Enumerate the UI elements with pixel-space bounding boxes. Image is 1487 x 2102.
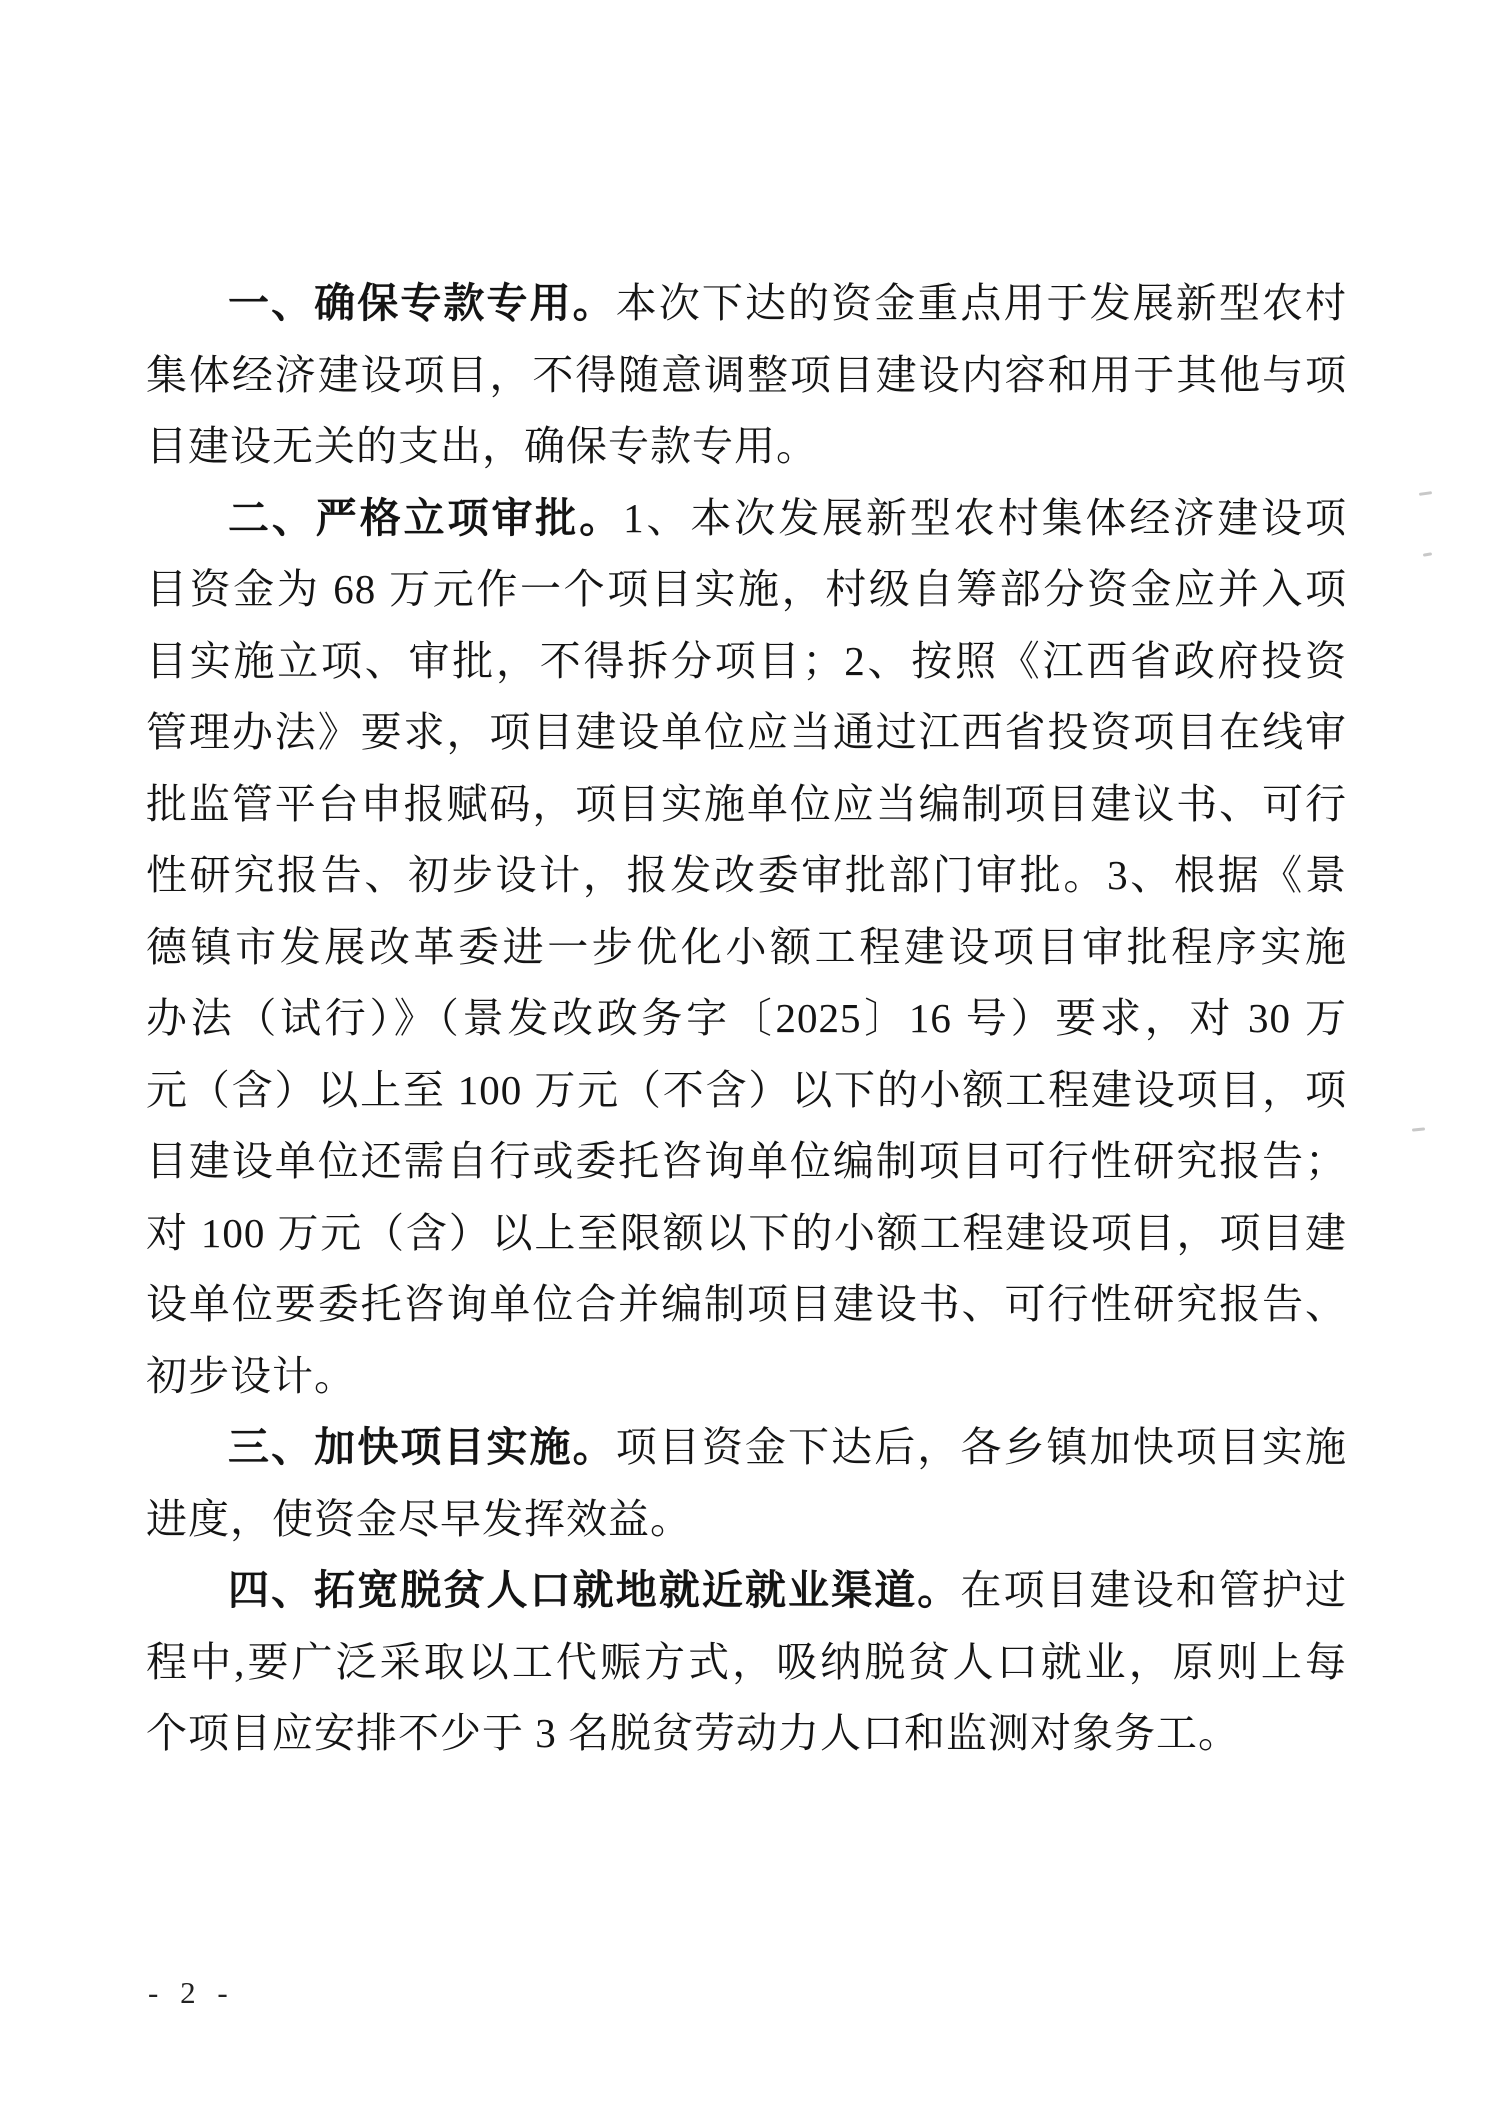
text-line: 管理办法》要求，项目建设单位应当通过江西省投资项目在线审 — [146, 697, 1347, 769]
text-run: 目建设单位还需自行或委托咨询单位编制项目可行性研究报告； — [146, 1138, 1347, 1184]
text-line: 三、加快项目实施。项目资金下达后，各乡镇加快项目实施 — [146, 1412, 1347, 1484]
text-line: 集体经济建设项目，不得随意调整项目建设内容和用于其他与项 — [146, 340, 1347, 412]
paragraph-1: 一、确保专款专用。本次下达的资金重点用于发展新型农村 集体经济建设项目，不得随意… — [146, 268, 1347, 483]
paragraph-heading: 二、严格立项审批。 — [228, 495, 623, 541]
text-line: 目实施立项、审批，不得拆分项目；2、按照《江西省政府投资 — [146, 626, 1347, 698]
paragraph-heading: 一、确保专款专用。 — [228, 280, 616, 326]
paragraph-4: 四、拓宽脱贫人口就地就近就业渠道。在项目建设和管护过 程中,要广泛采取以工代赈方… — [146, 1555, 1347, 1770]
text-line: 性研究报告、初步设计，报发改委审批部门审批。3、根据《景 — [146, 840, 1347, 912]
text-run: 项目资金下达后，各乡镇加快项目实施 — [616, 1424, 1347, 1470]
text-run: 个项目应安排不少于 3 名脱贫劳动力人口和监测对象务工。 — [146, 1710, 1240, 1756]
text-run: 初步设计。 — [146, 1353, 356, 1399]
paragraph-heading: 四、拓宽脱贫人口就地就近就业渠道。 — [228, 1567, 960, 1613]
text-line: 对 100 万元（含）以上至限额以下的小额工程建设项目，项目建 — [146, 1198, 1347, 1270]
paragraph-3: 三、加快项目实施。项目资金下达后，各乡镇加快项目实施 进度，使资金尽早发挥效益。 — [146, 1412, 1347, 1555]
text-line: 设单位要委托咨询单位合并编制项目建设书、可行性研究报告、 — [146, 1269, 1347, 1341]
text-line: 目建设无关的支出，确保专款专用。 — [146, 411, 1347, 483]
scanned-document-page: 一、确保专款专用。本次下达的资金重点用于发展新型农村 集体经济建设项目，不得随意… — [0, 0, 1487, 2102]
text-run: 目实施立项、审批，不得拆分项目；2、按照《江西省政府投资 — [146, 638, 1347, 684]
text-line: 二、严格立项审批。1、本次发展新型农村集体经济建设项 — [146, 483, 1347, 555]
paragraph-2: 二、严格立项审批。1、本次发展新型农村集体经济建设项 目资金为 68 万元作一个… — [146, 483, 1347, 1413]
document-body: 一、确保专款专用。本次下达的资金重点用于发展新型农村 集体经济建设项目，不得随意… — [146, 268, 1347, 1770]
paragraph-heading: 三、加快项目实施。 — [228, 1424, 616, 1470]
scan-artifact — [1423, 552, 1432, 557]
text-line: 批监管平台申报赋码，项目实施单位应当编制项目建议书、可行 — [146, 769, 1347, 841]
text-run: 性研究报告、初步设计，报发改委审批部门审批。3、根据《景 — [146, 852, 1347, 898]
text-run: 1、本次发展新型农村集体经济建设项 — [623, 495, 1347, 541]
text-run: 元（含）以上至 100 万元（不含）以下的小额工程建设项目，项 — [146, 1067, 1347, 1113]
text-line: 一、确保专款专用。本次下达的资金重点用于发展新型农村 — [146, 268, 1347, 340]
text-line: 目建设单位还需自行或委托咨询单位编制项目可行性研究报告； — [146, 1126, 1347, 1198]
scan-artifact — [1412, 1127, 1425, 1131]
text-run: 德镇市发展改革委进一步优化小额工程建设项目审批程序实施 — [146, 924, 1347, 970]
text-run: 设单位要委托咨询单位合并编制项目建设书、可行性研究报告、 — [146, 1281, 1347, 1327]
text-run: 批监管平台申报赋码，项目实施单位应当编制项目建议书、可行 — [146, 781, 1347, 827]
text-run: 本次下达的资金重点用于发展新型农村 — [616, 280, 1347, 326]
text-run: 目资金为 68 万元作一个项目实施，村级自筹部分资金应并入项 — [146, 566, 1347, 612]
text-line: 个项目应安排不少于 3 名脱贫劳动力人口和监测对象务工。 — [146, 1698, 1347, 1770]
text-line: 四、拓宽脱贫人口就地就近就业渠道。在项目建设和管护过 — [146, 1555, 1347, 1627]
text-line: 程中,要广泛采取以工代赈方式，吸纳脱贫人口就业，原则上每 — [146, 1627, 1347, 1699]
text-run: 集体经济建设项目，不得随意调整项目建设内容和用于其他与项 — [146, 352, 1347, 398]
scan-artifact — [1419, 491, 1432, 496]
text-run: 办法（试行）》（景发改政务字〔2025〕16 号）要求，对 30 万 — [146, 995, 1347, 1041]
text-line: 德镇市发展改革委进一步优化小额工程建设项目审批程序实施 — [146, 912, 1347, 984]
text-line: 进度，使资金尽早发挥效益。 — [146, 1484, 1347, 1556]
text-line: 初步设计。 — [146, 1341, 1347, 1413]
text-run: 目建设无关的支出，确保专款专用。 — [146, 423, 818, 469]
text-run: 在项目建设和管护过 — [960, 1567, 1347, 1613]
text-run: 管理办法》要求，项目建设单位应当通过江西省投资项目在线审 — [146, 709, 1347, 755]
page-number: - 2 - — [148, 1975, 235, 2011]
text-line: 目资金为 68 万元作一个项目实施，村级自筹部分资金应并入项 — [146, 554, 1347, 626]
text-line: 办法（试行）》（景发改政务字〔2025〕16 号）要求，对 30 万 — [146, 983, 1347, 1055]
text-run: 进度，使资金尽早发挥效益。 — [146, 1496, 692, 1542]
text-run: 对 100 万元（含）以上至限额以下的小额工程建设项目，项目建 — [146, 1210, 1347, 1256]
text-line: 元（含）以上至 100 万元（不含）以下的小额工程建设项目，项 — [146, 1055, 1347, 1127]
text-run: 程中,要广泛采取以工代赈方式，吸纳脱贫人口就业，原则上每 — [146, 1639, 1347, 1685]
